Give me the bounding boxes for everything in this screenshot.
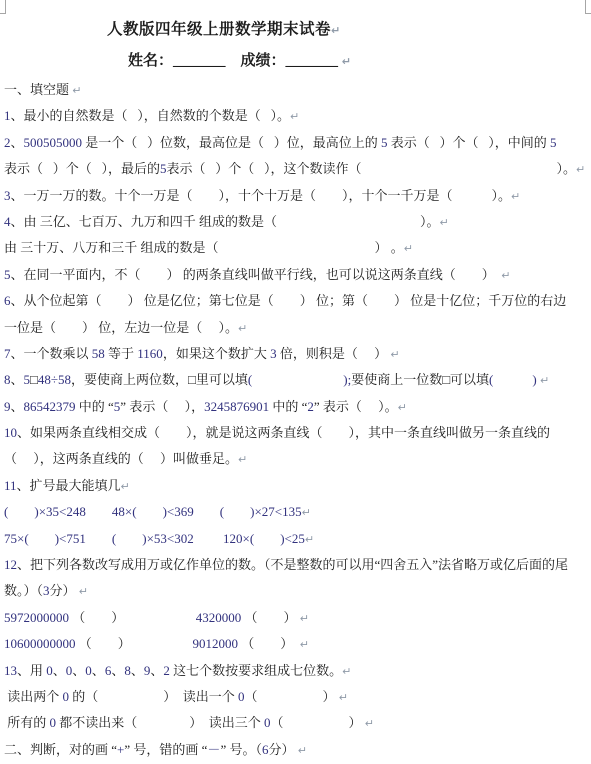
exam-text-line: 5、在同一平面内，不（ ） 的两条直线叫做平行线，也可以说这两条直线（ ） ↵ [4, 262, 589, 288]
exam-text-line: 10600000000 （ ） 9012000 （ ） ↵ [4, 631, 589, 657]
exam-text-line: 6、从个位起第（ ） 位是亿位；第七位是（ ） 位；第（ ） 位是十亿位；千万位… [4, 288, 589, 314]
exam-body: 一、填空题 ↵ 1、最小的自然数是（ ），自然数的个数是（ ）。↵ 2、5005… [4, 77, 589, 763]
exam-text-line: 5972000000 （ ） 4320000 （ ） ↵ [4, 605, 589, 631]
exam-title: 人教版四年级上册数学期末试卷↵ [107, 17, 589, 44]
exam-text-line: 13、用 0、0、0、6、8、9、2 这七个数按要求组成七位数。↵ [4, 658, 589, 684]
section-heading-line: 一、填空题 ↵ [4, 77, 589, 103]
exam-text-line: 数。）（3分） ↵ [4, 578, 589, 604]
name-score-line: 姓名：_______ 成绩：_______ ↵ [128, 46, 589, 77]
exam-text-line: ( )×35<248 48×( )<369 ( )×27<135↵ [4, 499, 589, 525]
document-page: 人教版四年级上册数学期末试卷↵ 姓名：_______ 成绩：_______ ↵ … [0, 0, 591, 764]
exam-text-line: 8、5□48÷58，要使商上两位数，□里可以填( );要使商上一位数□可以填( … [4, 367, 589, 393]
section-heading-line: 二、判断，对的画 “+” 号，错的画 “－” 号。（6分） ↵ [4, 737, 589, 763]
exam-text-line: 所有的 0 都不读出来（ ） 读出三个 0（ ） ↵ [4, 710, 589, 736]
exam-text-line: 11、扩号最大能填几↵ [4, 473, 589, 499]
exam-text-line: 12、把下列各数改写成用万或亿作单位的数。（不是整数的可以用“四舍五入”法省略万… [4, 552, 589, 578]
exam-text-line: 7、一个数乘以 58 等于 1160，如果这个数扩大 3 倍，则积是（ ） ↵ [4, 341, 589, 367]
exam-text-line: 由 三十万、八万和三千 组成的数是（ ） 。↵ [4, 235, 589, 261]
exam-text-line: 4、由 三亿、七百万、九万和四千 组成的数是（ ）。↵ [4, 209, 589, 235]
exam-text-line: （ ），这两条直线的（ ）叫做垂足。↵ [4, 446, 589, 472]
exam-text-line: 表示（ ）个（ ），最后的5表示（ ）个（ ），这个数读作（ ）。↵ [4, 156, 589, 182]
exam-text-line: 1、最小的自然数是（ ），自然数的个数是（ ）。↵ [4, 103, 589, 129]
exam-text-line: 一位是（ ） 位，左边一位是（ ）。↵ [4, 315, 589, 341]
exam-text-line: 读出两个 0 的（ ） 读出一个 0（ ） ↵ [4, 684, 589, 710]
exam-text-line: 9、86542379 中的 “5” 表示（ ），3245876901 中的 “2… [4, 394, 589, 420]
exam-text-line: 10、如果两条直线相交成（ ），就是说这两条直线（ ），其中一条直线叫做另一条直… [4, 420, 589, 446]
exam-document: 人教版四年级上册数学期末试卷↵ 姓名：_______ 成绩：_______ ↵ … [4, 0, 589, 763]
exam-text-line: 75×( )<751 ( )×53<302 120×( )<25↵ [4, 526, 589, 552]
exam-text-line: 2、500505000 是一个（ ）位数，最高位是（ ）位，最高位上的 5 表示… [4, 130, 589, 156]
exam-text-line: 3、一万一万的数。十个一万是（ ），十个十万是（ ），十个一千万是（ ）。↵ [4, 183, 589, 209]
